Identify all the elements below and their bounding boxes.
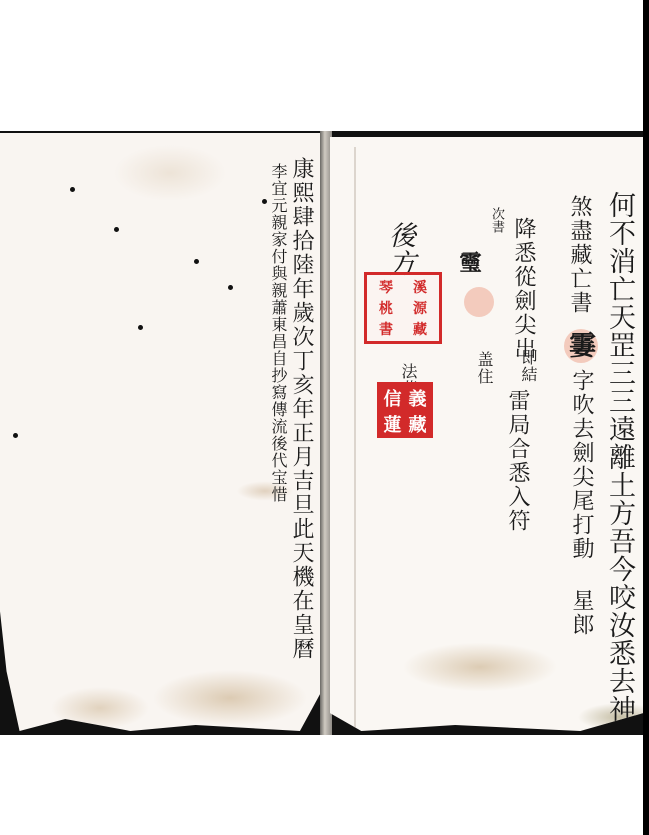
manuscript-scan: 康熙肆拾陸年歲次丁亥年正月吉旦此天機在皇曆 李宜元親家付與親蕭東昌自抄寫傳流後代… — [0, 131, 643, 735]
ink-spot — [70, 187, 75, 192]
fold-line — [354, 147, 356, 737]
ink-spot — [228, 285, 233, 290]
talisman-glyph-main: 霋 — [566, 331, 593, 359]
seal-char: 藏 — [405, 411, 430, 437]
colophon-line-2: 李宜元親家付與親蕭東昌自抄寫傳流後代宝惜 — [270, 163, 286, 503]
ink-spot — [13, 433, 18, 438]
seal-char: 蓮 — [380, 411, 405, 437]
seal-char: 溪 — [403, 277, 437, 298]
text-column-1: 何不消亡天罡三三遠離土方吾今咬汝悉去神惡 — [606, 191, 633, 751]
collector-seal-large: 琴 溪 桃 源 書 藏 — [364, 272, 442, 344]
ink-spot — [138, 325, 143, 330]
text-column-5b: 盖住 — [476, 351, 492, 385]
text-column-5a: 次書 — [490, 207, 503, 233]
colophon-line-1: 康熙肆拾陸年歲次丁亥年正月吉旦此天機在皇曆 — [290, 157, 312, 661]
text-column-2a: 煞盡藏亡書 — [568, 195, 590, 315]
collector-seal-small: 信 義 蓮 藏 — [377, 382, 433, 438]
seal-char: 源 — [403, 298, 437, 319]
seal-char: 義 — [405, 385, 430, 411]
ink-spot — [262, 199, 267, 204]
seal-char: 信 — [380, 385, 405, 411]
talisman-glyph-2: 𩆜 — [458, 251, 480, 275]
text-column-2b: 字吹去劍尖尾打動 — [570, 369, 592, 561]
text-column-3: 降悉從劍尖出 — [512, 217, 534, 361]
seal-char: 桃 — [369, 298, 403, 319]
seal-char: 書 — [369, 318, 403, 339]
text-column-6: 後方 — [386, 221, 413, 277]
left-page: 康熙肆拾陸年歲次丁亥年正月吉旦此天機在皇曆 李宜元親家付與親蕭東昌自抄寫傳流後代… — [0, 133, 326, 731]
seal-char: 藏 — [403, 318, 437, 339]
scan-edge-bar — [643, 0, 649, 835]
text-column-4a: 即結 — [520, 349, 536, 383]
seal-char: 琴 — [369, 277, 403, 298]
text-column-2c: 星郎 — [570, 589, 592, 637]
talisman-glyph-3: 𩇓 — [466, 283, 488, 307]
ink-spot — [114, 227, 119, 232]
ink-spot — [194, 259, 199, 264]
text-column-4b: 雷局合悉入符 — [506, 389, 528, 533]
